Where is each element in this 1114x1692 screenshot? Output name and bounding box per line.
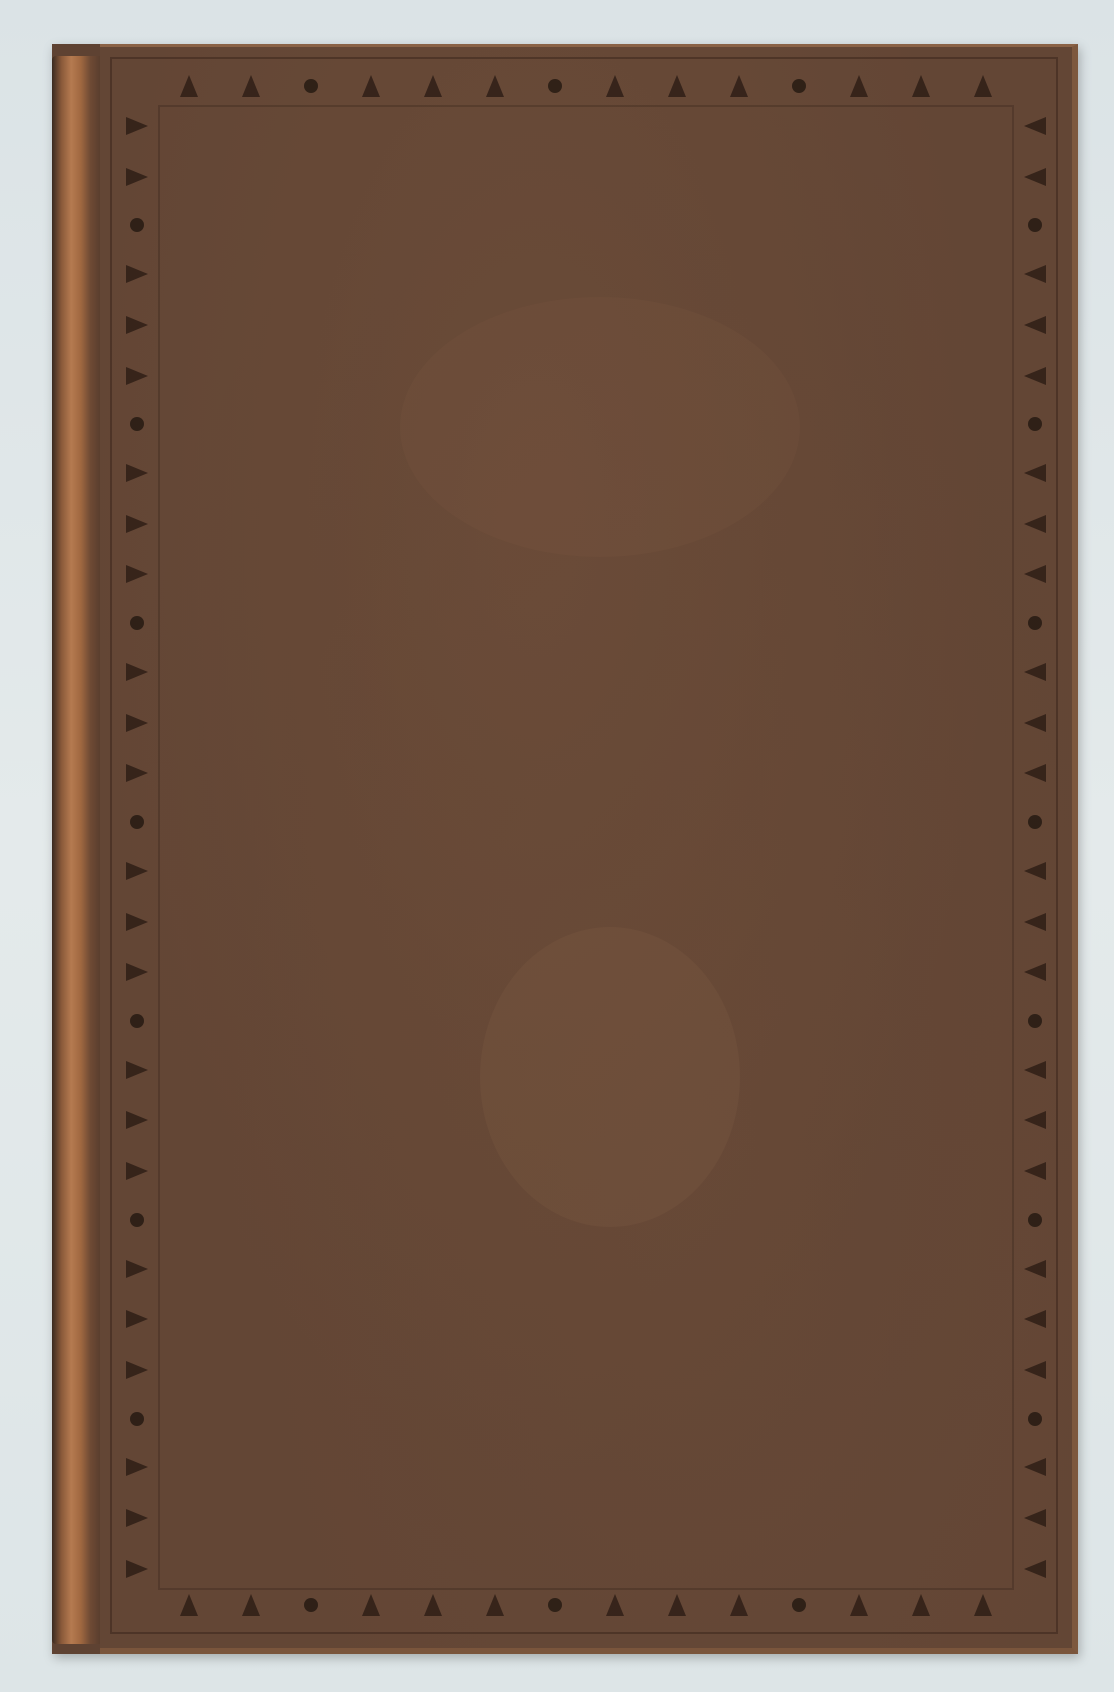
tooled-ornament-icon — [1028, 1412, 1042, 1426]
tooled-ornament-icon — [1028, 417, 1042, 431]
tooled-ornament-icon — [1024, 117, 1046, 135]
tooled-ornament-icon — [126, 265, 148, 283]
tooled-ornament-icon — [1024, 565, 1046, 583]
tooled-ornament-icon — [126, 168, 148, 186]
tooled-ornament-icon — [1024, 1458, 1046, 1476]
tooled-ornament-icon — [242, 1594, 260, 1616]
tooled-ornament-icon — [1024, 464, 1046, 482]
tooled-ornament-icon — [1024, 862, 1046, 880]
tooled-ornament-icon — [126, 963, 148, 981]
tooled-ornament-icon — [424, 75, 442, 97]
tooled-ornament-icon — [1028, 616, 1042, 630]
tooled-ornament-icon — [912, 75, 930, 97]
tooled-ornament-icon — [792, 79, 806, 93]
tooled-ornament-icon — [606, 1594, 624, 1616]
tooled-ornament-icon — [304, 1598, 318, 1612]
tooled-ornament-icon — [126, 1458, 148, 1476]
tooled-ornament-icon — [126, 913, 148, 931]
tooled-ornament-icon — [126, 663, 148, 681]
top-tooled-border — [180, 69, 992, 103]
tooled-ornament-icon — [180, 1594, 198, 1616]
book-spine-edge — [52, 56, 100, 1644]
tooled-ornament-icon — [1024, 764, 1046, 782]
tooled-ornament-icon — [1028, 1014, 1042, 1028]
tooled-ornament-icon — [242, 75, 260, 97]
book — [52, 44, 1078, 1654]
tooled-ornament-icon — [126, 565, 148, 583]
tooled-ornament-icon — [130, 417, 144, 431]
tooled-ornament-icon — [1024, 168, 1046, 186]
tooled-ornament-icon — [126, 316, 148, 334]
tooled-ornament-icon — [730, 1594, 748, 1616]
tooled-ornament-icon — [126, 1111, 148, 1129]
tooled-ornament-icon — [1024, 963, 1046, 981]
tooled-ornament-icon — [126, 1162, 148, 1180]
tooled-ornament-icon — [1024, 1361, 1046, 1379]
tooled-ornament-icon — [850, 1594, 868, 1616]
tooled-ornament-icon — [126, 367, 148, 385]
tooled-ornament-icon — [126, 714, 148, 732]
tooled-ornament-icon — [304, 79, 318, 93]
tooled-ornament-icon — [486, 1594, 504, 1616]
tooled-ornament-icon — [1024, 265, 1046, 283]
tooled-ornament-icon — [1024, 316, 1046, 334]
right-tooled-border — [1018, 117, 1052, 1578]
tooled-ornament-icon — [1028, 815, 1042, 829]
tooled-ornament-icon — [1024, 1061, 1046, 1079]
tooled-ornament-icon — [130, 218, 144, 232]
tooled-ornament-icon — [912, 1594, 930, 1616]
tooled-ornament-icon — [130, 1412, 144, 1426]
tooled-ornament-icon — [1028, 1213, 1042, 1227]
tooled-ornament-icon — [1024, 1111, 1046, 1129]
tooled-ornament-icon — [668, 75, 686, 97]
leather-wear-stain — [480, 927, 740, 1227]
background-surface — [0, 0, 1114, 1692]
tooled-ornament-icon — [424, 1594, 442, 1616]
tooled-ornament-icon — [130, 815, 144, 829]
tooled-ornament-icon — [850, 75, 868, 97]
tooled-ornament-icon — [730, 75, 748, 97]
tooled-ornament-icon — [126, 1260, 148, 1278]
tooled-ornament-icon — [606, 75, 624, 97]
tooled-ornament-icon — [548, 1598, 562, 1612]
tooled-ornament-icon — [1024, 367, 1046, 385]
tooled-ornament-icon — [486, 75, 504, 97]
leather-wear-stain — [400, 297, 800, 557]
left-tooled-border — [120, 117, 154, 1578]
tooled-ornament-icon — [1028, 218, 1042, 232]
tooled-ornament-icon — [130, 1014, 144, 1028]
tooled-ornament-icon — [126, 1361, 148, 1379]
tooled-ornament-icon — [126, 515, 148, 533]
tooled-ornament-icon — [1024, 1310, 1046, 1328]
tooled-ornament-icon — [1024, 1162, 1046, 1180]
tooled-ornament-icon — [1024, 1260, 1046, 1278]
tooled-ornament-icon — [1024, 663, 1046, 681]
tooled-ornament-icon — [1024, 1560, 1046, 1578]
tooled-ornament-icon — [126, 117, 148, 135]
tooled-ornament-icon — [1024, 515, 1046, 533]
tooled-ornament-icon — [130, 1213, 144, 1227]
tooled-ornament-icon — [126, 464, 148, 482]
tooled-ornament-icon — [548, 79, 562, 93]
tooled-ornament-icon — [180, 75, 198, 97]
tooled-ornament-icon — [126, 1061, 148, 1079]
tooled-ornament-icon — [126, 764, 148, 782]
tooled-ornament-icon — [974, 75, 992, 97]
tooled-ornament-icon — [126, 1310, 148, 1328]
book-front-cover — [100, 44, 1078, 1654]
tooled-ornament-icon — [130, 616, 144, 630]
tooled-ornament-icon — [1024, 714, 1046, 732]
tooled-ornament-icon — [126, 1560, 148, 1578]
tooled-ornament-icon — [126, 1509, 148, 1527]
tooled-ornament-icon — [362, 1594, 380, 1616]
tooled-ornament-icon — [974, 1594, 992, 1616]
tooled-ornament-icon — [1024, 913, 1046, 931]
tooled-ornament-icon — [792, 1598, 806, 1612]
tooled-ornament-icon — [668, 1594, 686, 1616]
bottom-tooled-border — [180, 1588, 992, 1622]
tooled-ornament-icon — [1024, 1509, 1046, 1527]
tooled-ornament-icon — [362, 75, 380, 97]
tooled-ornament-icon — [126, 862, 148, 880]
